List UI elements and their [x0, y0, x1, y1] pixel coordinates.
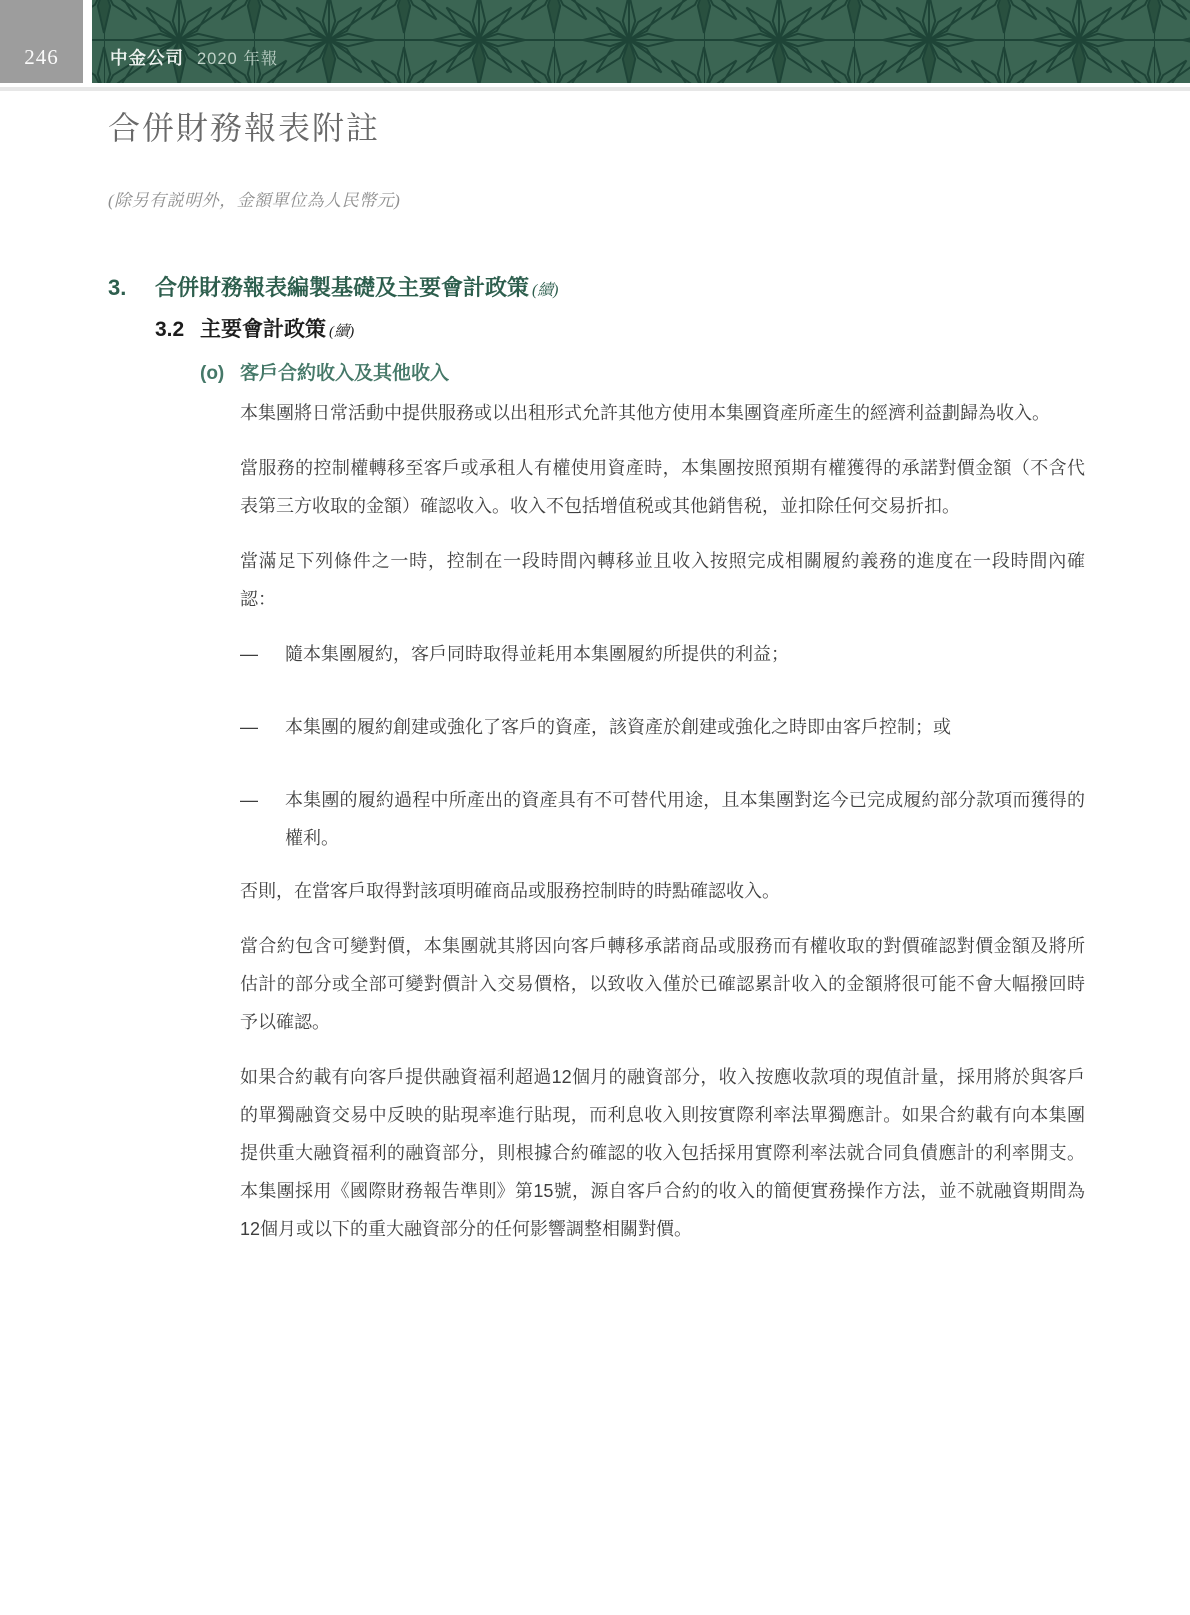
item-text: 本集團將日常活動中提供服務或以出租形式允許其他方使用本集團資產所產生的經濟利益劃… — [240, 394, 1085, 1248]
report-year-label: 2020 年報 — [197, 50, 278, 68]
bullet-item-2: — 本集團的履約創建或強化了客戶的資產，該資產於創建或強化之時即由客戶控制；或 — [240, 708, 1085, 746]
section-heading: 3. 合併財務報表編製基礎及主要會計政策(續) — [108, 273, 1085, 303]
item-label: (o) — [200, 361, 240, 387]
currency-note: (除另有説明外，金額單位為人民幣元) — [108, 186, 1085, 211]
subsection-heading: 3.2 主要會計政策(續) — [155, 316, 1085, 344]
band-title: 中金公司2020 年報 — [110, 45, 278, 70]
page-number: 246 — [24, 45, 59, 70]
paragraph-1: 本集團將日常活動中提供服務或以出租形式允許其他方使用本集團資產所產生的經濟利益劃… — [240, 394, 1085, 432]
item-heading: (o) 客戶合約收入及其他收入 — [200, 361, 1085, 387]
header-band: 中金公司2020 年報 — [92, 0, 1190, 83]
bullet-text: 隨本集團履約，客戶同時取得並耗用本集團履約所提供的利益； — [285, 635, 1085, 673]
continued-tag: (續) — [329, 324, 354, 340]
paragraph-2: 當服務的控制權轉移至客戶或承租人有權使用資產時，本集團按照預期有權獲得的承諾對價… — [240, 449, 1085, 525]
section-number: 3. — [108, 273, 155, 303]
document-body: 合併財務報表附註 (除另有説明外，金額單位為人民幣元) 3. 合併財務報表編製基… — [0, 108, 1190, 1248]
report-page: 246 — [0, 0, 1190, 1615]
subsection-number: 3.2 — [155, 316, 200, 344]
paragraph-3: 當滿足下列條件之一時，控制在一段時間內轉移並且收入按照完成相關履約義務的進度在一… — [240, 542, 1085, 618]
continued-tag: (續) — [532, 282, 558, 299]
bullet-item-3: — 本集團的履約過程中所產出的資產具有不可替代用途，且本集團對迄今已完成履約部分… — [240, 781, 1085, 857]
bullet-text: 本集團的履約過程中所產出的資產具有不可替代用途，且本集團對迄今已完成履約部分款項… — [285, 781, 1085, 857]
paragraph-5: 當合約包含可變對價，本集團就其將因向客戶轉移承諾商品或服務而有權收取的對價確認對… — [240, 927, 1085, 1041]
section-title: 合併財務報表編製基礎及主要會計政策(續) — [155, 273, 558, 303]
header-divider — [0, 87, 1190, 91]
asanoha-pattern-icon — [92, 0, 1190, 83]
subsection-title: 主要會計政策(續) — [200, 316, 354, 344]
company-name: 中金公司 — [110, 48, 184, 68]
paragraph-4: 否則，在當客戶取得對該項明確商品或服務控制時的時點確認收入。 — [240, 872, 1085, 910]
paragraph-6: 如果合約載有向客戶提供融資福利超過12個月的融資部分，收入按應收款項的現值計量，… — [240, 1058, 1085, 1248]
bullet-item-1: — 隨本集團履約，客戶同時取得並耗用本集團履約所提供的利益； — [240, 635, 1085, 673]
page-title: 合併財務報表附註 — [108, 108, 1085, 150]
page-number-box: 246 — [0, 0, 83, 83]
bullet-text: 本集團的履約創建或強化了客戶的資產，該資產於創建或強化之時即由客戶控制；或 — [285, 708, 1085, 746]
bullet-dash: — — [240, 781, 285, 857]
bullet-dash: — — [240, 635, 285, 673]
page-header: 246 — [0, 0, 1190, 83]
bullet-dash: — — [240, 708, 285, 746]
item-title: 客戶合約收入及其他收入 — [240, 361, 449, 387]
